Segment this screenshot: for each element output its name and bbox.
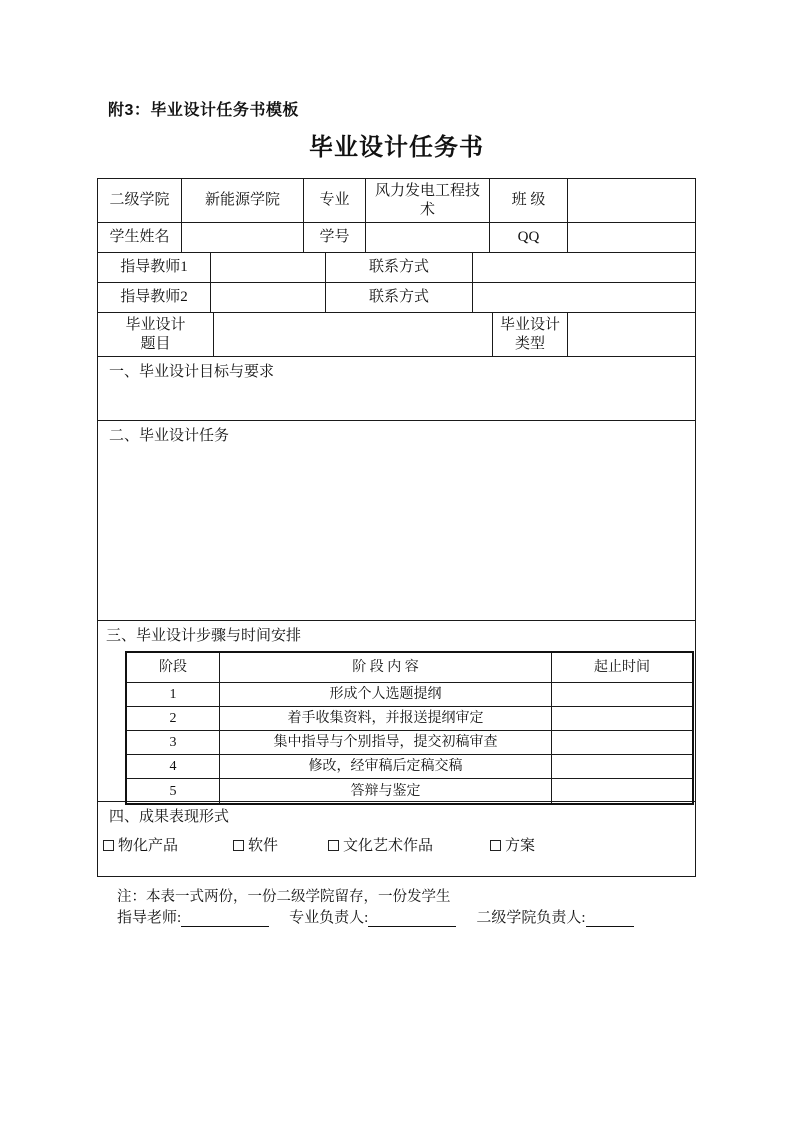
page-title: 毕业设计任务书 [97, 127, 696, 162]
section-goals-title: 一、毕业设计目标与要求 [109, 362, 274, 383]
note-text: 注：本表一式两份，一份二级学院留存，一份发学生 [117, 885, 451, 906]
attachment-heading: 附3：毕业设计任务书模板 [108, 97, 299, 120]
section-schedule-row: 三、毕业设计步骤与时间安排 阶段 阶 段 内 容 起止时间 1 形成个人选题提纲… [98, 621, 695, 802]
section-goals-cell[interactable]: 一、毕业设计目标与要求 [98, 357, 695, 420]
stage-column-header: 阶段 [127, 653, 220, 682]
design-topic-input-cell[interactable] [214, 313, 493, 356]
section-schedule-cell: 三、毕业设计步骤与时间安排 阶段 阶 段 内 容 起止时间 1 形成个人选题提纲… [98, 621, 695, 801]
section-schedule-title: 三、毕业设计步骤与时间安排 [106, 626, 301, 647]
option-label: 软件 [248, 838, 278, 854]
table-row: 毕业设计 题目 毕业设计 类型 [98, 313, 695, 357]
schedule-row-3: 3 集中指导与个别指导，提交初稿审查 [127, 731, 692, 755]
section-results-row: 四、成果表现形式 物化产品 软件 文化艺术作品 方案 [98, 802, 695, 876]
option-label: 物化产品 [118, 838, 178, 854]
stage-content: 集中指导与个别指导，提交初稿审查 [220, 731, 552, 754]
sign-teacher-group: 指导老师: [117, 906, 269, 927]
stage-number: 4 [127, 755, 220, 778]
student-id-input-cell[interactable] [366, 223, 490, 252]
student-name-label: 学生姓名 [98, 223, 182, 252]
advisor1-input-cell[interactable] [211, 253, 326, 282]
student-id-label: 学号 [304, 223, 366, 252]
stage-number: 3 [127, 731, 220, 754]
stage-content: 答辩与鉴定 [220, 779, 552, 803]
advisor1-contact-input-cell[interactable] [473, 253, 695, 282]
qq-input-cell[interactable] [568, 223, 695, 252]
checkbox-icon[interactable] [490, 840, 501, 851]
advisor2-input-cell[interactable] [211, 283, 326, 312]
college-label: 二级学院 [98, 179, 182, 222]
content-column-header: 阶 段 内 容 [220, 653, 552, 682]
schedule-header-row: 阶段 阶 段 内 容 起止时间 [127, 653, 692, 683]
signature-line: 指导老师: 专业负责人: 二级学院负责人: [117, 906, 654, 927]
table-row: 指导教师1 联系方式 [98, 253, 695, 283]
class-label: 班 级 [490, 179, 568, 222]
advisor1-contact-label: 联系方式 [326, 253, 473, 282]
stage-time-input-cell[interactable] [552, 779, 692, 803]
sign-college-label: 二级学院负责人: [476, 906, 585, 927]
schedule-row-4: 4 修改，经审稿后定稿交稿 [127, 755, 692, 779]
option-label: 文化艺术作品 [343, 838, 433, 854]
stage-time-input-cell[interactable] [552, 755, 692, 778]
sign-teacher-blank[interactable] [181, 911, 269, 927]
section-results-cell: 四、成果表现形式 物化产品 软件 文化艺术作品 方案 [98, 802, 695, 876]
option-plan[interactable]: 方案 [490, 836, 535, 857]
schedule-table: 阶段 阶 段 内 容 起止时间 1 形成个人选题提纲 2 着手收集资料，并报送提… [125, 651, 694, 805]
option-culture-art-work[interactable]: 文化艺术作品 [328, 836, 433, 857]
stage-content: 形成个人选题提纲 [220, 683, 552, 706]
section-results-title: 四、成果表现形式 [109, 807, 229, 828]
sign-college-group: 二级学院负责人: [476, 906, 633, 927]
advisor2-contact-label: 联系方式 [326, 283, 473, 312]
table-row: 指导教师2 联系方式 [98, 283, 695, 313]
section-goals-row: 一、毕业设计目标与要求 [98, 357, 695, 421]
major-label: 专业 [304, 179, 366, 222]
stage-time-input-cell[interactable] [552, 683, 692, 706]
stage-number: 2 [127, 707, 220, 730]
design-type-input-cell[interactable] [568, 313, 695, 356]
document-page: 附3：毕业设计任务书模板 毕业设计任务书 二级学院 新能源学院 专业 风力发电工… [0, 0, 793, 1122]
time-column-header: 起止时间 [552, 653, 692, 682]
stage-content: 着手收集资料，并报送提纲审定 [220, 707, 552, 730]
section-tasks-title: 二、毕业设计任务 [109, 426, 229, 447]
table-row: 二级学院 新能源学院 专业 风力发电工程技 术 班 级 [98, 179, 695, 223]
advisor1-label: 指导教师1 [98, 253, 211, 282]
table-row: 学生姓名 学号 QQ [98, 223, 695, 253]
checkbox-icon[interactable] [103, 840, 114, 851]
schedule-row-5: 5 答辩与鉴定 [127, 779, 692, 803]
schedule-row-1: 1 形成个人选题提纲 [127, 683, 692, 707]
option-physical-product[interactable]: 物化产品 [103, 836, 178, 857]
advisor2-contact-input-cell[interactable] [473, 283, 695, 312]
stage-content: 修改，经审稿后定稿交稿 [220, 755, 552, 778]
stage-time-input-cell[interactable] [552, 731, 692, 754]
sign-major-group: 专业负责人: [289, 906, 456, 927]
design-topic-label: 毕业设计 题目 [98, 313, 214, 356]
option-software[interactable]: 软件 [233, 836, 278, 857]
section-tasks-row: 二、毕业设计任务 [98, 421, 695, 621]
sign-teacher-label: 指导老师: [117, 906, 181, 927]
advisor2-label: 指导教师2 [98, 283, 211, 312]
sign-college-blank[interactable] [586, 911, 634, 927]
stage-number: 1 [127, 683, 220, 706]
qq-label: QQ [490, 223, 568, 252]
major-value: 风力发电工程技 术 [366, 179, 490, 222]
option-label: 方案 [505, 838, 535, 854]
design-type-label: 毕业设计 类型 [493, 313, 568, 356]
stage-time-input-cell[interactable] [552, 707, 692, 730]
sign-major-blank[interactable] [368, 911, 456, 927]
stage-number: 5 [127, 779, 220, 803]
student-name-input-cell[interactable] [182, 223, 304, 252]
task-form-table: 二级学院 新能源学院 专业 风力发电工程技 术 班 级 学生姓名 学号 QQ 指… [97, 178, 696, 877]
section-tasks-cell[interactable]: 二、毕业设计任务 [98, 421, 695, 620]
sign-major-label: 专业负责人: [289, 906, 368, 927]
college-value: 新能源学院 [182, 179, 304, 222]
checkbox-icon[interactable] [328, 840, 339, 851]
class-input-cell[interactable] [568, 179, 695, 222]
schedule-row-2: 2 着手收集资料，并报送提纲审定 [127, 707, 692, 731]
checkbox-icon[interactable] [233, 840, 244, 851]
